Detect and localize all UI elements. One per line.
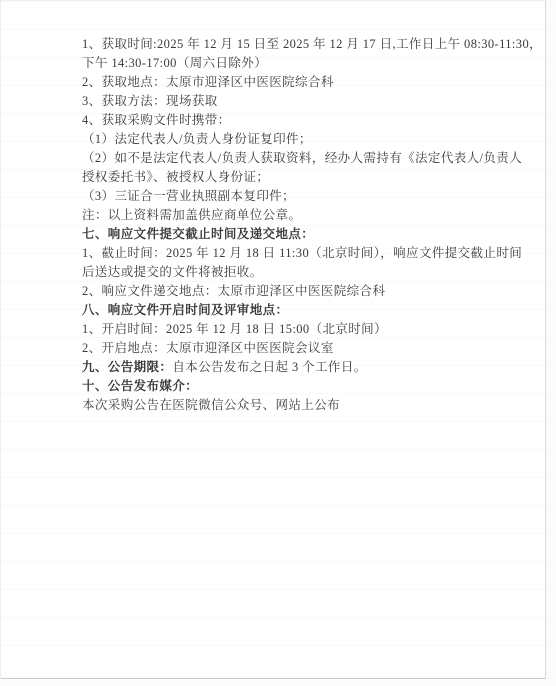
bring-item-1: （1）法定代表人/负责人身份证复印件；: [82, 130, 544, 149]
acquisition-time-line1: 1、获取时间:2025 年 12 月 15 日至 2025 年 12 月 17 …: [82, 35, 544, 54]
document-page: 1、获取时间:2025 年 12 月 15 日至 2025 年 12 月 17 …: [0, 0, 556, 686]
documents-to-bring-heading: 4、获取采购文件时携带：: [82, 111, 544, 130]
announcement-period: 九、公告期限：自本公告发布之日起 3 个工作日。: [82, 358, 544, 377]
bring-item-3: （3）三证合一营业执照副本复印件；: [82, 187, 544, 206]
deadline-line1: 1、截止时间：2025 年 12 月 18 日 11:30（北京时间），响应文件…: [82, 244, 544, 263]
publish-media-body: 本次采购公告在医院微信公众号、网站上公布: [82, 396, 544, 415]
opening-time: 1、开启时间：2025 年 12 月 18 日 15:00（北京时间）: [82, 320, 544, 339]
note-stamp: 注：以上资料需加盖供应商单位公章。: [82, 206, 544, 225]
section8-heading: 八、响应文件开启时间及评审地点：: [82, 301, 544, 320]
section9-heading: 九、公告期限：: [82, 360, 172, 374]
bring-item-2-line2: 授权委托书》、被授权人身份证；: [82, 168, 544, 187]
submission-location: 2、响应文件递交地点：太原市迎泽区中医医院综合科: [82, 282, 544, 301]
acquisition-time-line2: 下午 14:30-17:00（周六日除外）: [82, 54, 544, 73]
document-content: 1、获取时间:2025 年 12 月 15 日至 2025 年 12 月 17 …: [0, 0, 544, 415]
acquisition-location: 2、获取地点：太原市迎泽区中医医院综合科: [82, 73, 544, 92]
bring-item-2-line1: （2）如不是法定代表人/负责人获取资料，经办人需持有《法定代表人/负责人: [82, 149, 544, 168]
deadline-line2: 后送达或提交的文件将被拒收。: [82, 263, 544, 282]
page-bottom-edge: [0, 679, 556, 686]
section10-heading: 十、公告发布媒介：: [82, 377, 544, 396]
section9-body: 自本公告发布之日起 3 个工作日。: [172, 360, 366, 374]
section7-heading: 七、响应文件提交截止时间及递交地点：: [82, 225, 544, 244]
acquisition-method: 3、获取方法：现场获取: [82, 92, 544, 111]
opening-location: 2、开启地点：太原市迎泽区中医医院会议室: [82, 339, 544, 358]
page-right-edge: [546, 0, 556, 686]
